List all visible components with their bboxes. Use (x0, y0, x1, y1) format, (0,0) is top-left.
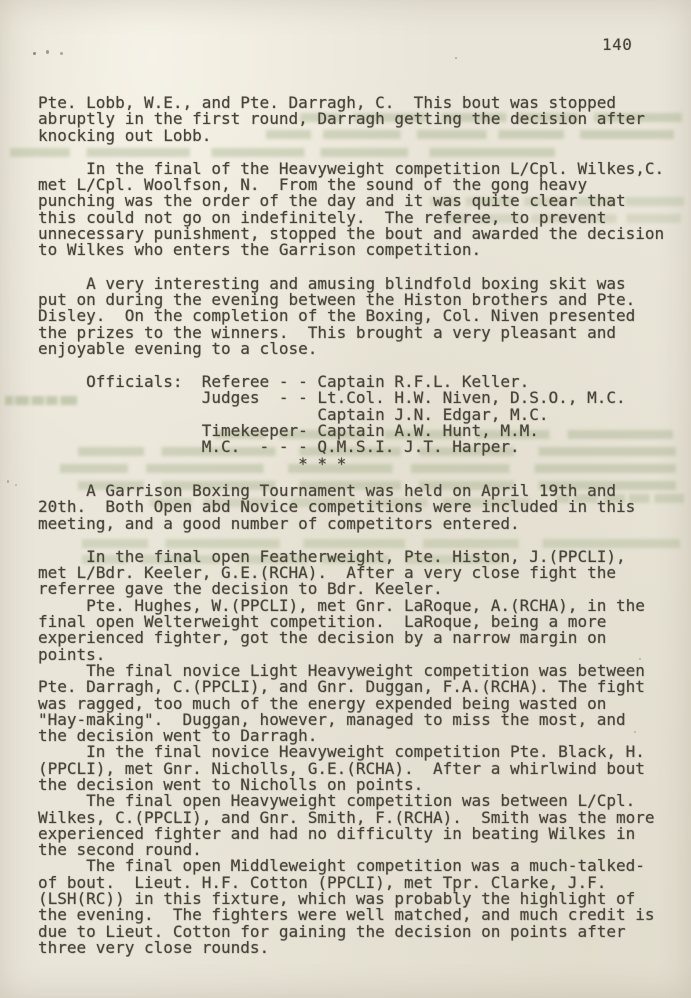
page-number: 140 (602, 37, 632, 53)
paragraph-featherweight-final: In the final open Featherweight, Pte. Hi… (38, 549, 683, 598)
ink-speck (46, 50, 49, 54)
paragraph-middleweight-final: The final open Middleweight competition … (38, 858, 683, 956)
ink-speck (455, 57, 457, 59)
paragraph-welterweight-final: Pte. Hughes, W.(PPCLI), met Gnr. LaRoque… (38, 598, 683, 663)
paragraph-bout-lobb-darragh: Pte. Lobb, W.E., and Pte. Darragh, C. Th… (38, 95, 683, 144)
ink-speck (33, 52, 36, 55)
paragraph-blindfold-skit: A very interesting and amusing blindfold… (38, 276, 683, 357)
paragraph-garrison-tournament: A Garrison Boxing Tournament was held on… (38, 483, 683, 532)
section-separator-asterisks: * * * (38, 456, 683, 472)
paragraph-heavyweight-final: In the final of the Heavyweight competit… (38, 161, 683, 259)
ink-speck (7, 480, 9, 483)
paragraph-novice-heavyweight-final: In the final novice Heavyweight competit… (38, 744, 683, 793)
paragraph-novice-light-heavyweight-final: The final novice Light Heavyweight compe… (38, 663, 683, 744)
officials-list: Officials: Referee - - Captain R.F.L. Ke… (38, 374, 683, 455)
paragraph-open-heavyweight-final: The final open Heavyweight competition w… (38, 793, 683, 858)
ink-speck (15, 484, 17, 486)
document-body: Pte. Lobb, W.E., and Pte. Darragh, C. Th… (38, 95, 683, 956)
scanned-document-page: 140 Pte. Lobb, W.E., and Pte. Darragh, C… (0, 0, 691, 998)
ink-speck (60, 52, 63, 55)
